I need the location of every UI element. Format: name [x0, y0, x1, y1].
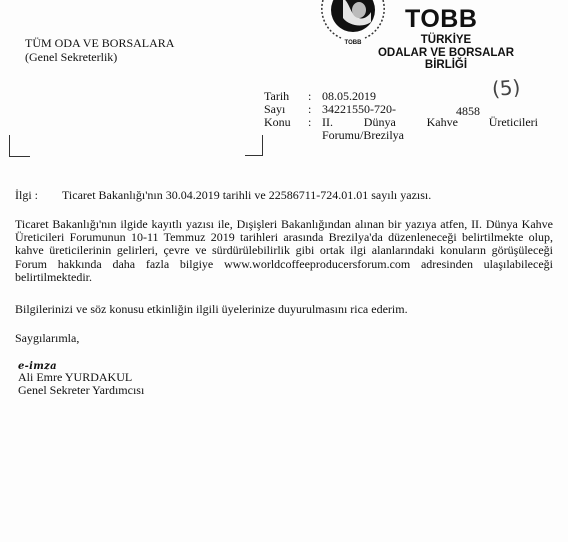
logo-organization-name: TÜRKİYE ODALAR VE BORSALAR BİRLİĞİ	[380, 34, 512, 72]
reference-text: Ticaret Bakanlığı'nın 30.04.2019 tarihli…	[62, 188, 431, 202]
logo-org-line: TÜRKİYE	[380, 34, 512, 47]
recipient-block: TÜM ODA VE BORSALARA (Genel Sekreterlik)	[25, 36, 174, 64]
signer-title: Genel Sekreter Yardımcısı	[18, 384, 144, 397]
address-window-bracket-left	[9, 135, 30, 157]
subject-label: Konu	[264, 116, 291, 129]
logo-org-line: BİRLİĞİ	[380, 59, 512, 72]
logo-org-line: ODALAR VE BORSALAR	[360, 47, 532, 60]
subject-value-continued: Forumu/Brezilya	[322, 129, 404, 142]
handwritten-mark: (5)	[491, 75, 521, 101]
closing-sentence: Bilgilerinizi ve söz konusu etkinliğin i…	[15, 302, 408, 316]
logo-acronym: TOBB	[405, 6, 477, 32]
reference-label: İlgi :	[15, 188, 38, 202]
official-letter: TÜM ODA VE BORSALARA (Genel Sekreterlik)…	[0, 0, 568, 542]
svg-text:TOBB: TOBB	[345, 40, 363, 46]
signature-block: Ali Emre YURDAKUL Genel Sekreter Yardımc…	[18, 371, 144, 397]
recipient-line: TÜM ODA VE BORSALARA	[25, 36, 174, 50]
colon: :	[308, 116, 311, 129]
address-window-bracket-right	[245, 135, 263, 156]
number-prefix: 34221550-720-	[322, 102, 396, 116]
greeting: Saygılarımla,	[15, 331, 79, 345]
recipient-department: (Genel Sekreterlik)	[25, 50, 174, 64]
body-paragraph: Ticaret Bakanlığı'nın ilgide kayıtlı yaz…	[15, 218, 553, 284]
